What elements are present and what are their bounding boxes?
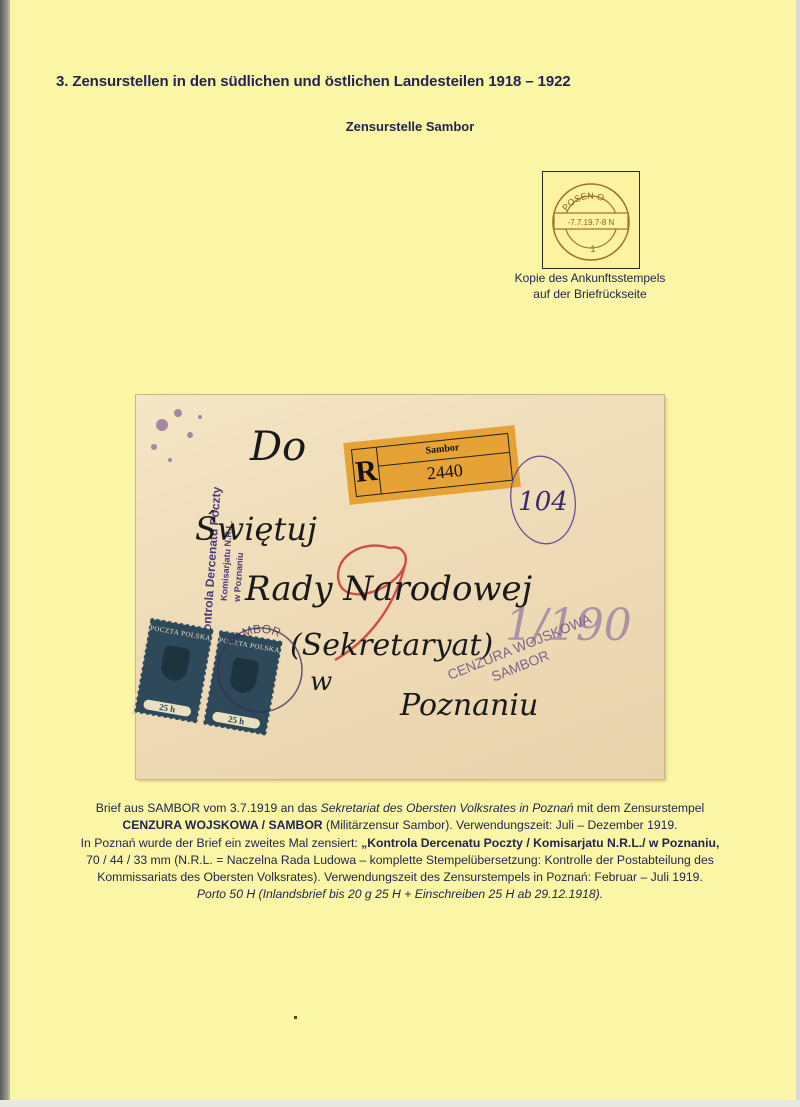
censor-stamp-sambor-icon: CENZURA WOJSKOWA SAMBOR 1/190 <box>400 590 600 700</box>
arrival-stamp-caption: Kopie des Ankunftsstempels auf der Brief… <box>500 270 680 302</box>
cancel-postmark-icon: SAMBOR <box>210 615 330 735</box>
cover-description: Brief aus SAMBOR vom 3.7.1919 an das Sek… <box>0 800 800 904</box>
postmark-icon: POSEN O -7.7.19.7-8 N 1 <box>543 172 639 268</box>
section-subtitle: Zensurstelle Sambor <box>0 119 800 134</box>
svg-text:1/190: 1/190 <box>505 600 632 651</box>
svg-text:POSEN O: POSEN O <box>560 191 605 213</box>
svg-text:SAMBOR: SAMBOR <box>224 622 283 650</box>
svg-text:1: 1 <box>590 244 595 254</box>
page-title: 3. Zensurstellen in den südlichen und ös… <box>56 73 571 90</box>
eagle-icon <box>159 645 191 683</box>
svg-text:Do: Do <box>249 424 306 470</box>
scan-left-edge <box>0 0 8 1107</box>
svg-text:-7.7.19.7-8 N: -7.7.19.7-8 N <box>568 218 615 227</box>
speck <box>294 1016 297 1019</box>
scan-bottom-edge <box>0 1100 800 1107</box>
svg-text:Świętuj: Świętuj <box>195 510 317 548</box>
arrival-postmark-image: POSEN O -7.7.19.7-8 N 1 <box>542 171 640 269</box>
